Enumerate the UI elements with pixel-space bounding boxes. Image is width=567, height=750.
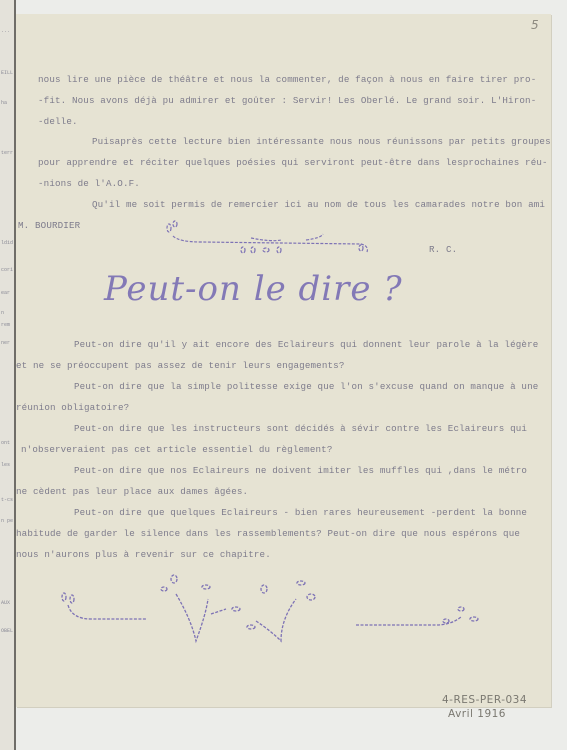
text-line: Puisaprès cette lecture bien intéressant… bbox=[92, 136, 551, 147]
section-heading: Peut-on le dire ? bbox=[104, 269, 403, 309]
text-line: nous lire une pièce de théâtre et nous l… bbox=[38, 74, 536, 85]
text-line: n'observeraient pas cet article essentie… bbox=[21, 444, 333, 455]
previous-page-edge: ... EILL ha terr ldid corige ear n rem n… bbox=[0, 0, 15, 750]
text-line: ne cèdent pas leur place aux dames âgées… bbox=[16, 486, 248, 497]
prev-page-fragment: EILL bbox=[1, 70, 13, 76]
prev-page-fragment: t-cs bbox=[1, 497, 13, 503]
prev-page-fragment: n pe bbox=[1, 518, 13, 524]
page-number: 5 bbox=[531, 18, 539, 32]
prev-page-fragment: OBEL bbox=[1, 628, 13, 634]
text-line: Peut-on dire qu'il y ait encore des Ecla… bbox=[74, 339, 538, 350]
text-line: et ne se préoccupent pas assez de tenir … bbox=[16, 360, 344, 371]
text-line: Peut-on dire que la simple politesse exi… bbox=[74, 381, 538, 392]
author-signature: R. C. bbox=[429, 244, 457, 255]
archive-call-number: 4-RES-PER-034 bbox=[442, 694, 527, 706]
archive-date-note: Avril 1916 bbox=[448, 708, 506, 720]
prev-page-fragment: ldid bbox=[1, 240, 13, 246]
text-line: Peut-on dire que quelques Eclaireurs - b… bbox=[74, 507, 527, 518]
prev-page-fragment: ear bbox=[1, 290, 13, 296]
text-line: réunion obligatoire? bbox=[16, 402, 129, 413]
prev-page-fragment: terr bbox=[1, 150, 13, 156]
text-line: pour apprendre et réciter quelques poési… bbox=[38, 157, 548, 168]
text-line: -nions de l'A.O.F. bbox=[38, 178, 140, 189]
bottom-floral-ornament bbox=[56, 559, 516, 659]
text-line: -delle. bbox=[38, 116, 78, 127]
prev-page-fragment: corige bbox=[1, 267, 13, 273]
text-line: Peut-on dire que les instructeurs sont d… bbox=[74, 423, 527, 434]
text-line: habitude de garder le silence dans les r… bbox=[16, 528, 520, 539]
prev-page-fragment: ha bbox=[1, 100, 13, 106]
prev-page-fragment: rem bbox=[1, 322, 13, 328]
prev-page-fragment: ont bbox=[1, 440, 13, 446]
document-page: 5 nous lire une pièce de théâtre et nous… bbox=[16, 14, 551, 707]
prev-page-fragment: les bbox=[1, 462, 13, 468]
prev-page-fragment: ner bbox=[1, 340, 13, 346]
prev-page-fragment: n bbox=[1, 310, 13, 316]
text-line: -fit. Nous avons déjà pu admirer et goût… bbox=[38, 95, 536, 106]
text-line: Qu'il me soit permis de remercier ici au… bbox=[92, 199, 545, 210]
top-flourish-ornament bbox=[161, 214, 371, 254]
prev-page-fragment: ... bbox=[1, 28, 13, 34]
text-line: Peut-on dire que nos Eclaireurs ne doive… bbox=[74, 465, 527, 476]
prev-page-fragment: AUX bbox=[1, 600, 13, 606]
text-line: M. BOURDIER bbox=[18, 220, 80, 231]
